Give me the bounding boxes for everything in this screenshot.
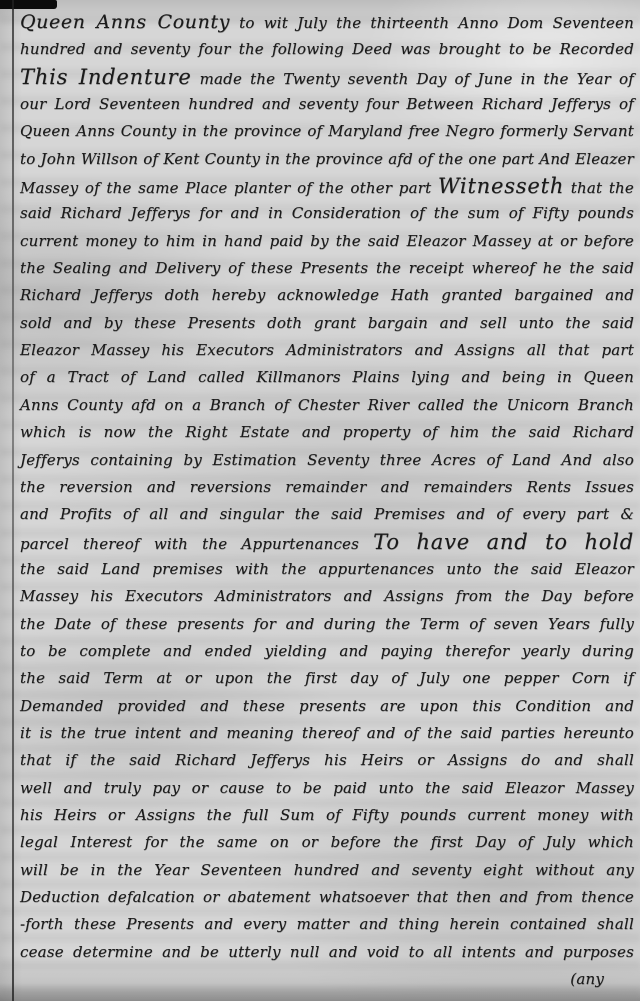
manuscript-text: Deduction defalcation or abatement whats… [20, 888, 634, 906]
manuscript-line: Anns County afd on a Branch of Chester R… [20, 392, 634, 419]
manuscript-text: Jefferys containing by Estimation Sevent… [20, 451, 634, 469]
manuscript-text: that the [564, 179, 634, 197]
manuscript-text: to John Willson of Kent County in the pr… [20, 150, 634, 168]
manuscript-line: and Profits of all and singular the said… [20, 501, 634, 528]
left-margin-rule [12, 0, 14, 1001]
manuscript-text: the said Term at or upon the first day o… [20, 669, 634, 687]
manuscript-line: parcel thereof with the Appurtenances To… [20, 529, 634, 556]
manuscript-line: it is the true intent and meaning thereo… [20, 720, 634, 747]
manuscript-text: our Lord Seventeen hundred and seventy f… [20, 95, 634, 113]
manuscript-line: Richard Jefferys doth hereby acknowledge… [20, 282, 634, 309]
manuscript-text: will be in the Year Seventeen hundred an… [20, 861, 634, 879]
manuscript-text: to wit July the thirteenth Anno Dom Seve… [230, 14, 634, 32]
scan-corner-mark [0, 0, 57, 9]
manuscript-text: Massey of the same Place planter of the … [20, 179, 438, 197]
manuscript-text: Richard Jefferys doth hereby acknowledge… [20, 286, 634, 304]
manuscript-line: the Date of these presents for and durin… [20, 611, 634, 638]
manuscript-line: his Heirs or Assigns the full Sum of Fif… [20, 802, 634, 829]
manuscript-line: This Indenture made the Twenty seventh D… [20, 64, 634, 91]
manuscript-line: legal Interest for the same on or before… [20, 829, 634, 856]
manuscript-line: hundred and seventy four the following D… [20, 36, 634, 63]
manuscript-line: the Sealing and Delivery of these Presen… [20, 255, 634, 282]
manuscript-lines: Queen Anns County to wit July the thirte… [20, 9, 634, 993]
manuscript-text: -forth these Presents and every matter a… [20, 915, 634, 933]
manuscript-line: Deduction defalcation or abatement whats… [20, 884, 634, 911]
manuscript-text: his Heirs or Assigns the full Sum of Fif… [20, 806, 634, 824]
manuscript-text: the Date of these presents for and durin… [20, 615, 634, 633]
manuscript-line: to be complete and ended yielding and pa… [20, 638, 634, 665]
manuscript-text: current money to him in hand paid by the… [20, 232, 634, 250]
manuscript-text: and Profits of all and singular the said… [20, 505, 634, 523]
catchword: (any [20, 966, 634, 993]
manuscript-line: will be in the Year Seventeen hundred an… [20, 857, 634, 884]
manuscript-text: the said Land premises with the appurten… [20, 560, 634, 578]
manuscript-line: Massey of the same Place planter of the … [20, 173, 634, 200]
manuscript-text: made the Twenty seventh Day of June in t… [192, 70, 634, 88]
manuscript-text: which is now the Right Estate and proper… [20, 423, 634, 441]
manuscript-text: hundred and seventy four the following D… [20, 40, 634, 58]
manuscript-text: Queen Anns County [20, 11, 230, 33]
manuscript-line: well and truly pay or cause to be paid u… [20, 775, 634, 802]
engrossed-phrase: To have and to hold [373, 530, 634, 554]
manuscript-line: Queen Anns County to wit July the thirte… [20, 9, 634, 36]
manuscript-text: legal Interest for the same on or before… [20, 833, 634, 851]
manuscript-line: current money to him in hand paid by the… [20, 228, 634, 255]
manuscript-line: Eleazor Massey his Executors Administrat… [20, 337, 634, 364]
manuscript-line: cease determine and be utterly null and … [20, 939, 634, 966]
manuscript-line: Demanded provided and these presents are… [20, 693, 634, 720]
manuscript-text: Massey his Executors Administrators and … [20, 587, 634, 605]
manuscript-text: to be complete and ended yielding and pa… [20, 642, 634, 660]
manuscript-text: Demanded provided and these presents are… [20, 697, 634, 715]
manuscript-text: it is the true intent and meaning thereo… [20, 724, 634, 742]
manuscript-line: the said Land premises with the appurten… [20, 556, 634, 583]
manuscript-text: of a Tract of Land called Killmanors Pla… [20, 368, 634, 386]
manuscript-line: said Richard Jefferys for and in Conside… [20, 200, 634, 227]
manuscript-text: Queen Anns County in the province of Mar… [20, 122, 634, 140]
manuscript-line: Massey his Executors Administrators and … [20, 583, 634, 610]
engrossed-phrase: This Indenture [20, 65, 192, 89]
manuscript-page: Queen Anns County to wit July the thirte… [0, 0, 640, 1001]
manuscript-line: to John Willson of Kent County in the pr… [20, 146, 634, 173]
manuscript-text: the Sealing and Delivery of these Presen… [20, 259, 634, 277]
engrossed-phrase: Witnesseth [438, 174, 564, 198]
manuscript-line: -forth these Presents and every matter a… [20, 911, 634, 938]
manuscript-text: said Richard Jefferys for and in Conside… [20, 204, 634, 222]
manuscript-text: parcel thereof with the Appurtenances [20, 535, 373, 553]
manuscript-line: of a Tract of Land called Killmanors Pla… [20, 364, 634, 391]
manuscript-text: cease determine and be utterly null and … [20, 943, 634, 961]
manuscript-text: Eleazor Massey his Executors Administrat… [20, 341, 634, 359]
manuscript-line: sold and by these Presents doth grant ba… [20, 310, 634, 337]
manuscript-text: the reversion and reversions remainder a… [20, 478, 634, 496]
manuscript-line: Queen Anns County in the province of Mar… [20, 118, 634, 145]
manuscript-text: sold and by these Presents doth grant ba… [20, 314, 634, 332]
manuscript-line: our Lord Seventeen hundred and seventy f… [20, 91, 634, 118]
manuscript-text: well and truly pay or cause to be paid u… [20, 779, 634, 797]
manuscript-text: Anns County afd on a Branch of Chester R… [20, 396, 634, 414]
manuscript-line: the said Term at or upon the first day o… [20, 665, 634, 692]
manuscript-line: the reversion and reversions remainder a… [20, 474, 634, 501]
manuscript-line: which is now the Right Estate and proper… [20, 419, 634, 446]
manuscript-text: that if the said Richard Jefferys his He… [20, 751, 634, 769]
manuscript-line: that if the said Richard Jefferys his He… [20, 747, 634, 774]
manuscript-line: Jefferys containing by Estimation Sevent… [20, 447, 634, 474]
